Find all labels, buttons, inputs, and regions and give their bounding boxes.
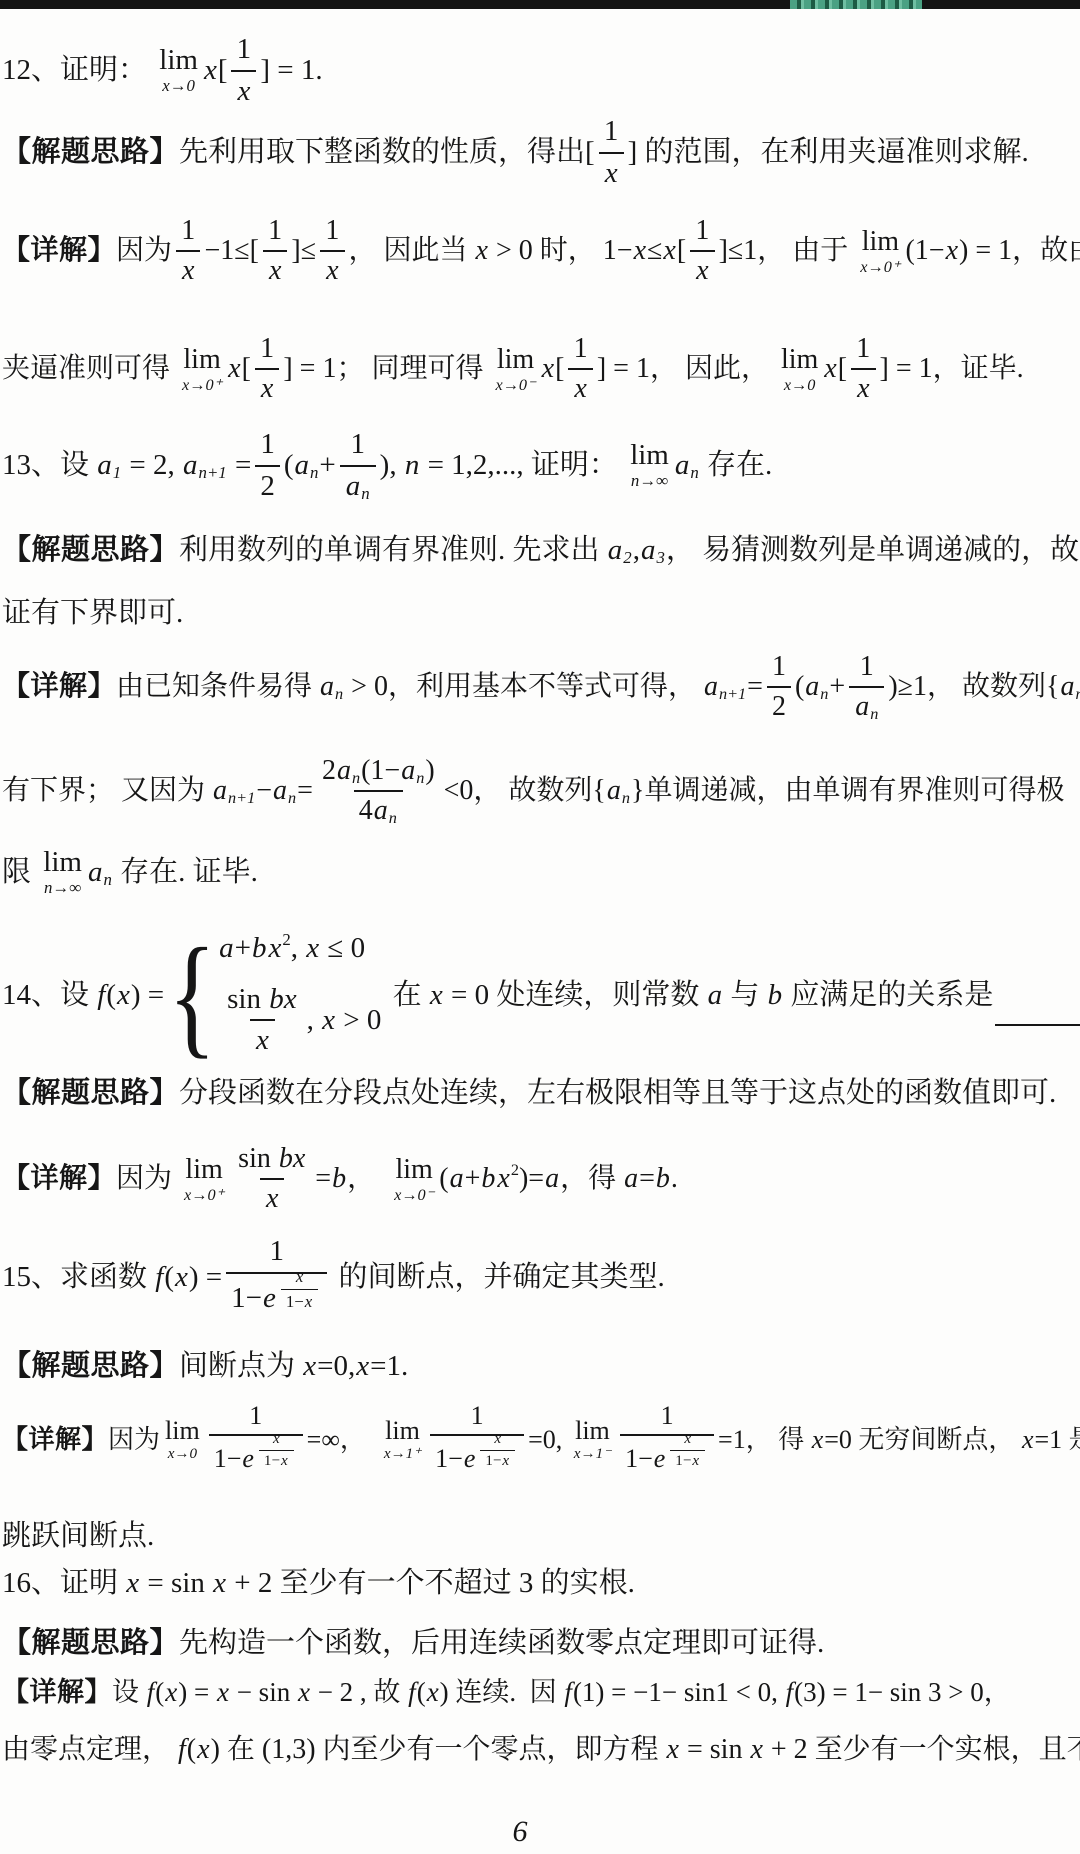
math-variable: x	[260, 371, 274, 407]
math-variable: x	[501, 1452, 510, 1472]
math-subscript: n	[335, 684, 344, 705]
math-variable: x	[493, 1430, 502, 1450]
math-variable: x	[856, 371, 870, 407]
math-variable: a	[1059, 669, 1075, 705]
text-run: ]≤	[291, 233, 316, 269]
math-variable: e	[241, 1442, 255, 1476]
text-run: > 0 时， 1−	[489, 233, 633, 269]
fraction-numerator: 1	[232, 30, 257, 70]
fraction: 12	[767, 648, 791, 727]
math-variable: x	[227, 351, 241, 387]
text-run: 先构造一个函数，后用连续函数零点定理即可证得.	[179, 1625, 824, 1663]
math-variable: f	[563, 1675, 573, 1710]
limit-subscript: x→0⁺	[182, 377, 222, 393]
section-label: 【详解】	[2, 1161, 116, 1197]
fraction-numerator: x	[678, 1429, 697, 1451]
limit-operator: limx→0	[781, 346, 818, 393]
text-run: [	[677, 233, 686, 269]
text-run: ) =	[189, 1259, 222, 1297]
text-run: (1−	[905, 233, 944, 269]
limit-word: lim	[575, 1418, 610, 1444]
math-variable: x	[604, 155, 619, 193]
text-run: = sin	[680, 1732, 749, 1768]
limit-subscript: x→0⁺	[184, 1187, 224, 1203]
math-variable: f	[177, 1732, 187, 1768]
text-run: ) =	[178, 1675, 216, 1710]
text-run: 有下界； 又因为	[2, 773, 212, 809]
math-superscript: 2	[282, 929, 290, 951]
limit-word: lim	[185, 1156, 222, 1184]
text-run: 分段函数在分段点处连续，左右极限相等且等于这点处的函数值即可.	[179, 1075, 1056, 1113]
math-variable: e	[262, 1280, 277, 1318]
math-text: 1	[772, 649, 786, 685]
problem-14-statement: 14、设 f(x) ={a+bx2, x ≤ 0sin bxx, x > 0 在…	[2, 930, 1080, 1061]
math-text: 4	[359, 793, 373, 829]
limit-operator: limx→0	[165, 1418, 200, 1462]
text-run: 应满足的关系是	[783, 977, 993, 1015]
text-run: = 2,	[122, 447, 182, 485]
text-run: = sin	[140, 1565, 212, 1603]
text-run: ) 在 (1,3) 内至少有一个零点，即方程	[211, 1732, 666, 1768]
limit-word: lim	[183, 346, 220, 374]
math-text: 1	[856, 331, 870, 367]
math-text: 1	[574, 331, 588, 367]
limit-word: lim	[781, 346, 818, 374]
text-run: 由已知条件易得	[116, 669, 319, 705]
fraction-denominator: 1−x	[281, 1289, 318, 1314]
math-variable: x	[125, 1565, 140, 1603]
limit-operator: limx→0⁺	[182, 346, 222, 393]
math-variable: x	[272, 1430, 281, 1450]
math-variable: x	[196, 1732, 210, 1768]
fraction-denominator: x	[231, 70, 256, 112]
math-text: 1	[260, 426, 275, 464]
text-run: ，	[347, 1161, 389, 1197]
math-variable: bx	[268, 981, 297, 1019]
math-superscript: x1−x	[277, 1265, 322, 1314]
math-text: 1−	[675, 1452, 691, 1472]
text-run: + 2 至少有一个不超过 3 的实根.	[227, 1565, 635, 1603]
fraction: x1−x	[480, 1429, 515, 1473]
section-label: 【解题思路】	[2, 1348, 179, 1386]
math-text: 1	[260, 331, 274, 367]
text-run: 的间断点，并确定其类型.	[331, 1259, 665, 1297]
fraction-denominator: x	[320, 250, 344, 290]
fraction-denominator: 2	[255, 465, 280, 507]
math-variable: a	[607, 532, 624, 570]
text-run: ,	[307, 1002, 322, 1040]
math-variable: x	[297, 1675, 311, 1710]
math-text: 1	[237, 31, 252, 69]
fraction-denominator: 1−ex1−x	[620, 1434, 714, 1482]
text-run: ， 因此当	[349, 233, 475, 269]
math-variable: x	[174, 1259, 189, 1297]
fraction: 2an(1−an)4an	[317, 752, 440, 831]
text-run: =	[297, 773, 313, 809]
math-text: 2	[772, 689, 786, 725]
text-run: 因为	[108, 1423, 160, 1457]
fraction-denominator: x	[568, 368, 592, 408]
fraction: 1x	[231, 30, 256, 111]
math-variable: a	[96, 447, 113, 485]
math-subscript: n	[352, 768, 361, 789]
text-run: (	[439, 1161, 448, 1197]
math-text: 1−	[214, 1442, 242, 1476]
fraction-denominator: x	[176, 250, 200, 290]
math-variable: x	[1021, 1423, 1035, 1457]
math-variable: a	[804, 669, 820, 705]
math-subscript: 3	[656, 547, 665, 569]
text-run: (	[795, 669, 804, 705]
text-run: ) 连续. 因	[440, 1675, 564, 1710]
section-label: 【详解】	[2, 1423, 108, 1457]
text-run: 与	[723, 977, 767, 1015]
detail-12-line-1: 【详解】因为1x−1≤[1x]≤1x， 因此当 x > 0 时， 1−x≤x[1…	[2, 212, 1080, 291]
math-variable: x	[666, 1732, 680, 1768]
detail-13-line-1: 【详解】由已知条件易得 an > 0，利用基本不等式可得， an+1=12(an…	[2, 648, 1080, 727]
fraction-numerator: x	[488, 1429, 507, 1451]
math-variable: x	[429, 977, 444, 1015]
text-run: =1.	[370, 1348, 408, 1386]
text-run: ) =	[131, 977, 164, 1015]
text-run: ,	[633, 532, 640, 570]
math-variable: a	[854, 689, 870, 725]
math-text: 1	[860, 649, 874, 685]
text-run: 夹逼准则可得	[2, 351, 177, 387]
text-run: (	[284, 447, 294, 485]
math-variable: e	[463, 1442, 477, 1476]
math-superscript: x1−x	[255, 1429, 298, 1473]
limit-word: lim	[497, 346, 534, 374]
math-subscript: n	[1075, 684, 1080, 705]
text-run: (1) = −1− sin1 < 0,	[573, 1675, 785, 1710]
math-variable: x	[302, 1348, 317, 1386]
fraction: x1−x	[259, 1429, 294, 1473]
text-run: 限	[2, 854, 38, 892]
text-run: 间断点为	[179, 1348, 302, 1386]
problem-12-statement: 12、证明： limx→0x[1x] = 1.	[2, 30, 323, 111]
text-run: 跳跃间断点.	[2, 1518, 154, 1556]
math-variable: b	[480, 1161, 496, 1197]
math-subscript: n	[310, 462, 319, 484]
math-variable: x	[268, 253, 282, 289]
limit-subscript: x→1⁺	[384, 1447, 421, 1462]
math-variable: bx	[278, 1141, 306, 1177]
math-variable: x	[823, 351, 837, 387]
text-run: 证有下界即可.	[2, 595, 183, 633]
fraction-numerator: 1	[767, 648, 791, 686]
hint-16: 【解题思路】先构造一个函数，后用连续函数零点定理即可证得.	[2, 1625, 824, 1663]
text-run: [	[242, 351, 251, 387]
text-run: ≤	[647, 233, 662, 269]
piecewise-rows: a+bx2, x ≤ 0sin bxx, x > 0	[218, 930, 381, 1061]
math-text: sin	[238, 1141, 278, 1177]
math-text: 2	[260, 468, 275, 506]
piecewise-brace: {	[168, 935, 216, 1057]
fraction: 11−ex1−x	[430, 1398, 524, 1482]
section-label: 【解题思路】	[2, 1625, 179, 1663]
text-run: 存在. 证毕.	[113, 854, 258, 892]
fraction: sin bxx	[222, 980, 302, 1061]
math-text: sin	[227, 981, 268, 1019]
math-text: 1	[604, 113, 619, 151]
fraction-numerator: 2an(1−an)	[317, 752, 440, 790]
fraction-numerator: sin bx	[222, 980, 302, 1020]
limit-operator: limx→0⁺	[184, 1156, 224, 1203]
fraction-numerator: 1	[263, 212, 287, 250]
math-variable: x	[475, 233, 489, 269]
math-text: 1	[325, 213, 339, 249]
fraction-denominator: 1−ex1−x	[226, 1272, 327, 1325]
fraction-numerator: 1	[690, 212, 714, 250]
limit-operator: limx→0⁺	[860, 228, 900, 275]
text-run: 先利用取下整函数的性质，得出	[179, 134, 585, 172]
math-variable: x	[811, 1423, 825, 1457]
math-text: 1−	[485, 1452, 501, 1472]
fraction: 11−ex1−x	[226, 1232, 327, 1324]
fraction-denominator: 2	[767, 686, 791, 726]
section-label: 【解题思路】	[2, 532, 179, 570]
fraction-denominator: an	[849, 686, 884, 726]
math-variable: a	[544, 1161, 560, 1197]
detail-14: 【详解】因为 limx→0⁺sin bxx=b， limx→0⁻(a+bx2)=…	[2, 1140, 678, 1219]
text-run: ] = 1.	[260, 52, 322, 90]
math-variable: a	[674, 447, 691, 485]
fraction: x1−x	[281, 1265, 318, 1314]
math-variable: x	[945, 233, 959, 269]
problem-13-statement: 13、设 a1 = 2, an+1 =12(an+1an), n = 1,2,.…	[2, 425, 772, 506]
math-variable: a	[703, 669, 719, 705]
text-run: (	[417, 1675, 426, 1710]
math-subscript: n	[103, 869, 112, 891]
fraction-numerator: 1	[255, 330, 279, 368]
math-variable: a	[272, 773, 288, 809]
detail-16-line-2: 由零点定理， f(x) 在 (1,3) 内至少有一个零点，即方程 x = sin…	[2, 1732, 1080, 1768]
text-run: ] = 1； 同理可得	[283, 351, 490, 387]
fraction-numerator: 1	[855, 648, 879, 686]
math-variable: x	[496, 1161, 510, 1197]
math-variable: f	[785, 1675, 795, 1710]
math-variable: x	[265, 1181, 279, 1217]
text-run: 利用数列的单调有界准则. 先求出	[179, 532, 607, 570]
limit-subscript: x→0⁺	[860, 259, 900, 275]
limit-operator: limx→1⁺	[384, 1418, 421, 1462]
text-run: ),	[380, 447, 404, 485]
text-run: [	[555, 351, 564, 387]
math-variable: x	[280, 1452, 289, 1472]
math-subscript: n	[622, 788, 631, 809]
math-variable: b	[251, 930, 268, 968]
math-text: )	[425, 753, 434, 789]
math-variable: a	[449, 1161, 465, 1197]
limit-word: lim	[385, 1418, 420, 1444]
fraction: 1an	[340, 425, 376, 506]
math-subscript: n	[389, 808, 398, 829]
fraction-denominator: x	[250, 1019, 275, 1061]
limit-subscript: x→0	[162, 78, 195, 95]
math-variable: x	[321, 1002, 336, 1040]
text-run: 因为	[116, 1161, 179, 1197]
fraction-numerator: x	[290, 1265, 309, 1289]
text-run: − 2 , 故	[311, 1675, 407, 1710]
fraction-numerator: 1	[599, 112, 624, 152]
limit-operator: limn→∞	[43, 848, 82, 897]
math-variable: a	[707, 977, 724, 1015]
fraction: 1x	[599, 112, 624, 193]
hint-13-line-1: 【解题思路】利用数列的单调有界准则. 先求出 a2,a3， 易猜测数列是单调递减…	[2, 532, 1080, 570]
text-run: = 0 处连续，则常数	[444, 977, 707, 1015]
limit-word: lim	[43, 848, 82, 877]
limit-subscript: n→∞	[631, 473, 668, 490]
text-run: 15、求函数	[2, 1259, 154, 1297]
text-run: 在	[385, 977, 429, 1015]
math-text: 1−	[286, 1291, 304, 1313]
text-run: ，得	[560, 1161, 623, 1197]
math-variable: a	[87, 854, 104, 892]
math-subscript: 1	[113, 462, 122, 484]
text-run: ]≤1， 由于	[719, 233, 856, 269]
math-variable: x	[541, 351, 555, 387]
page-number: 6	[0, 1815, 1040, 1849]
math-variable: x	[212, 1565, 227, 1603]
text-run: +	[319, 447, 335, 485]
text-run: =	[747, 669, 763, 705]
math-variable: b	[331, 1161, 347, 1197]
fraction: 1x	[255, 330, 279, 409]
text-run: 16、证明	[2, 1565, 125, 1603]
text-run: −	[256, 773, 272, 809]
math-variable: a	[212, 773, 228, 809]
problem-15-statement: 15、求函数 f(x) =11−ex1−x 的间断点，并确定其类型.	[2, 1232, 665, 1324]
text-run: (	[106, 977, 116, 1015]
fraction: 1x	[690, 212, 714, 291]
limit-subscript: n→∞	[44, 880, 81, 897]
fraction-denominator: x	[599, 152, 624, 194]
section-label: 【解题思路】	[2, 1075, 179, 1113]
detail-12-line-2: 夹逼准则可得 limx→0⁺x[1x] = 1； 同理可得 limx→0⁻x[1…	[2, 330, 1024, 409]
fraction-denominator: 1−x	[670, 1450, 705, 1473]
text-run: ] = 1，证毕.	[880, 351, 1024, 387]
limit-subscript: x→1⁻	[574, 1447, 611, 1462]
section-label: 【详解】	[2, 669, 116, 705]
math-variable: x	[116, 977, 131, 1015]
math-variable: x	[203, 52, 218, 90]
math-variable: x	[216, 1675, 230, 1710]
math-variable: x	[268, 930, 283, 968]
math-subscript: n	[690, 462, 699, 484]
math-variable: x	[573, 371, 587, 407]
fraction: 1x	[851, 330, 875, 409]
text-run: =∞，	[307, 1423, 379, 1457]
fraction-denominator: x	[851, 368, 875, 408]
fraction-denominator: 1−ex1−x	[430, 1434, 524, 1482]
detail-15: 【详解】因为limx→011−ex1−x=∞， limx→1⁺11−ex1−x=…	[2, 1398, 1080, 1482]
math-text: 1−	[264, 1452, 280, 1472]
fraction: sin bxx	[233, 1140, 311, 1219]
hint-14: 【解题思路】分段函数在分段点处连续，左右极限相等且等于这点处的函数值即可.	[2, 1075, 1056, 1113]
piecewise-row: sin bxx, x > 0	[218, 980, 381, 1061]
text-run: 14、设	[2, 977, 96, 1015]
limit-subscript: x→0⁻	[495, 377, 535, 393]
math-text: 2	[322, 753, 336, 789]
math-superscript: 2	[511, 1160, 519, 1181]
text-run: =0 无穷间断点，	[824, 1423, 1021, 1457]
document-page: 12、证明： limx→0x[1x] = 1.【解题思路】先利用取下整函数的性质…	[0, 0, 1080, 1854]
math-text: 1−	[435, 1442, 463, 1476]
math-variable: x	[181, 253, 195, 289]
text-run: +	[465, 1161, 481, 1197]
fraction: 1x	[176, 212, 200, 291]
math-variable: x	[749, 1732, 763, 1768]
math-variable: f	[96, 977, 106, 1015]
math-variable: x	[304, 1291, 313, 1313]
fraction: 1x	[263, 212, 287, 291]
math-variable: n	[404, 447, 421, 485]
text-run: (3) = 1− sin 3 > 0，	[794, 1675, 1011, 1710]
text-run: ]	[628, 134, 638, 172]
limit-subscript: x→0	[784, 377, 816, 393]
math-variable: x	[662, 233, 676, 269]
text-run: [	[585, 134, 595, 172]
text-run: ， 易猜测数列是单调递减的，故只需	[666, 532, 1080, 570]
fraction-denominator: 4an	[354, 790, 403, 830]
text-run: <0， 故数列{	[444, 773, 606, 809]
math-variable: a	[293, 447, 310, 485]
text-run: − sin	[230, 1675, 297, 1710]
limit-operator: limx→0	[159, 46, 198, 95]
math-superscript: x1−x	[666, 1429, 709, 1473]
math-variable: x	[236, 73, 251, 111]
text-run: +	[235, 930, 251, 968]
text-run: = 1,2,..., 证明：	[420, 447, 625, 485]
section-label: 【详解】	[2, 1675, 112, 1710]
text-run: 存在.	[700, 447, 773, 485]
text-run: 12、证明：	[2, 52, 154, 90]
fraction: 11−ex1−x	[209, 1398, 303, 1482]
text-run: 因为	[116, 233, 172, 269]
text-run: > 0，利用基本不等式可得，	[344, 669, 703, 705]
fraction: 12	[255, 425, 280, 506]
answer-blank	[995, 992, 1080, 1026]
text-run: −1≤[	[204, 233, 258, 269]
math-subscript: n	[416, 768, 425, 789]
scan-top-bar	[0, 0, 1080, 9]
math-variable: x	[695, 253, 709, 289]
fraction: 1x	[568, 330, 592, 409]
math-variable: f	[146, 1675, 156, 1710]
hint-12: 【解题思路】先利用取下整函数的性质，得出[1x] 的范围，在利用夹逼准则求解.	[2, 112, 1029, 193]
math-variable: x	[305, 930, 320, 968]
math-variable: e	[653, 1442, 667, 1476]
text-run: 的范围，在利用夹逼准则求解.	[637, 134, 1029, 172]
fraction-numerator: 1	[569, 330, 593, 368]
math-variable: x	[295, 1266, 304, 1288]
fraction-denominator: x	[260, 1178, 284, 1218]
fraction-numerator: x	[267, 1429, 286, 1451]
math-subscript: n	[288, 788, 297, 809]
math-variable: a	[400, 753, 416, 789]
limit-operator: limx→0⁻	[495, 346, 535, 393]
fraction-denominator: 1−ex1−x	[209, 1434, 303, 1482]
limit-subscript: x→0	[168, 1447, 197, 1462]
section-label: 【详解】	[2, 233, 116, 269]
limit-word: lim	[630, 441, 669, 470]
text-run: .	[671, 1161, 678, 1197]
math-variable: a	[373, 793, 389, 829]
math-variable: x	[426, 1675, 440, 1710]
text-run: 由零点定理，	[2, 1732, 177, 1768]
math-text: 1	[268, 213, 282, 249]
